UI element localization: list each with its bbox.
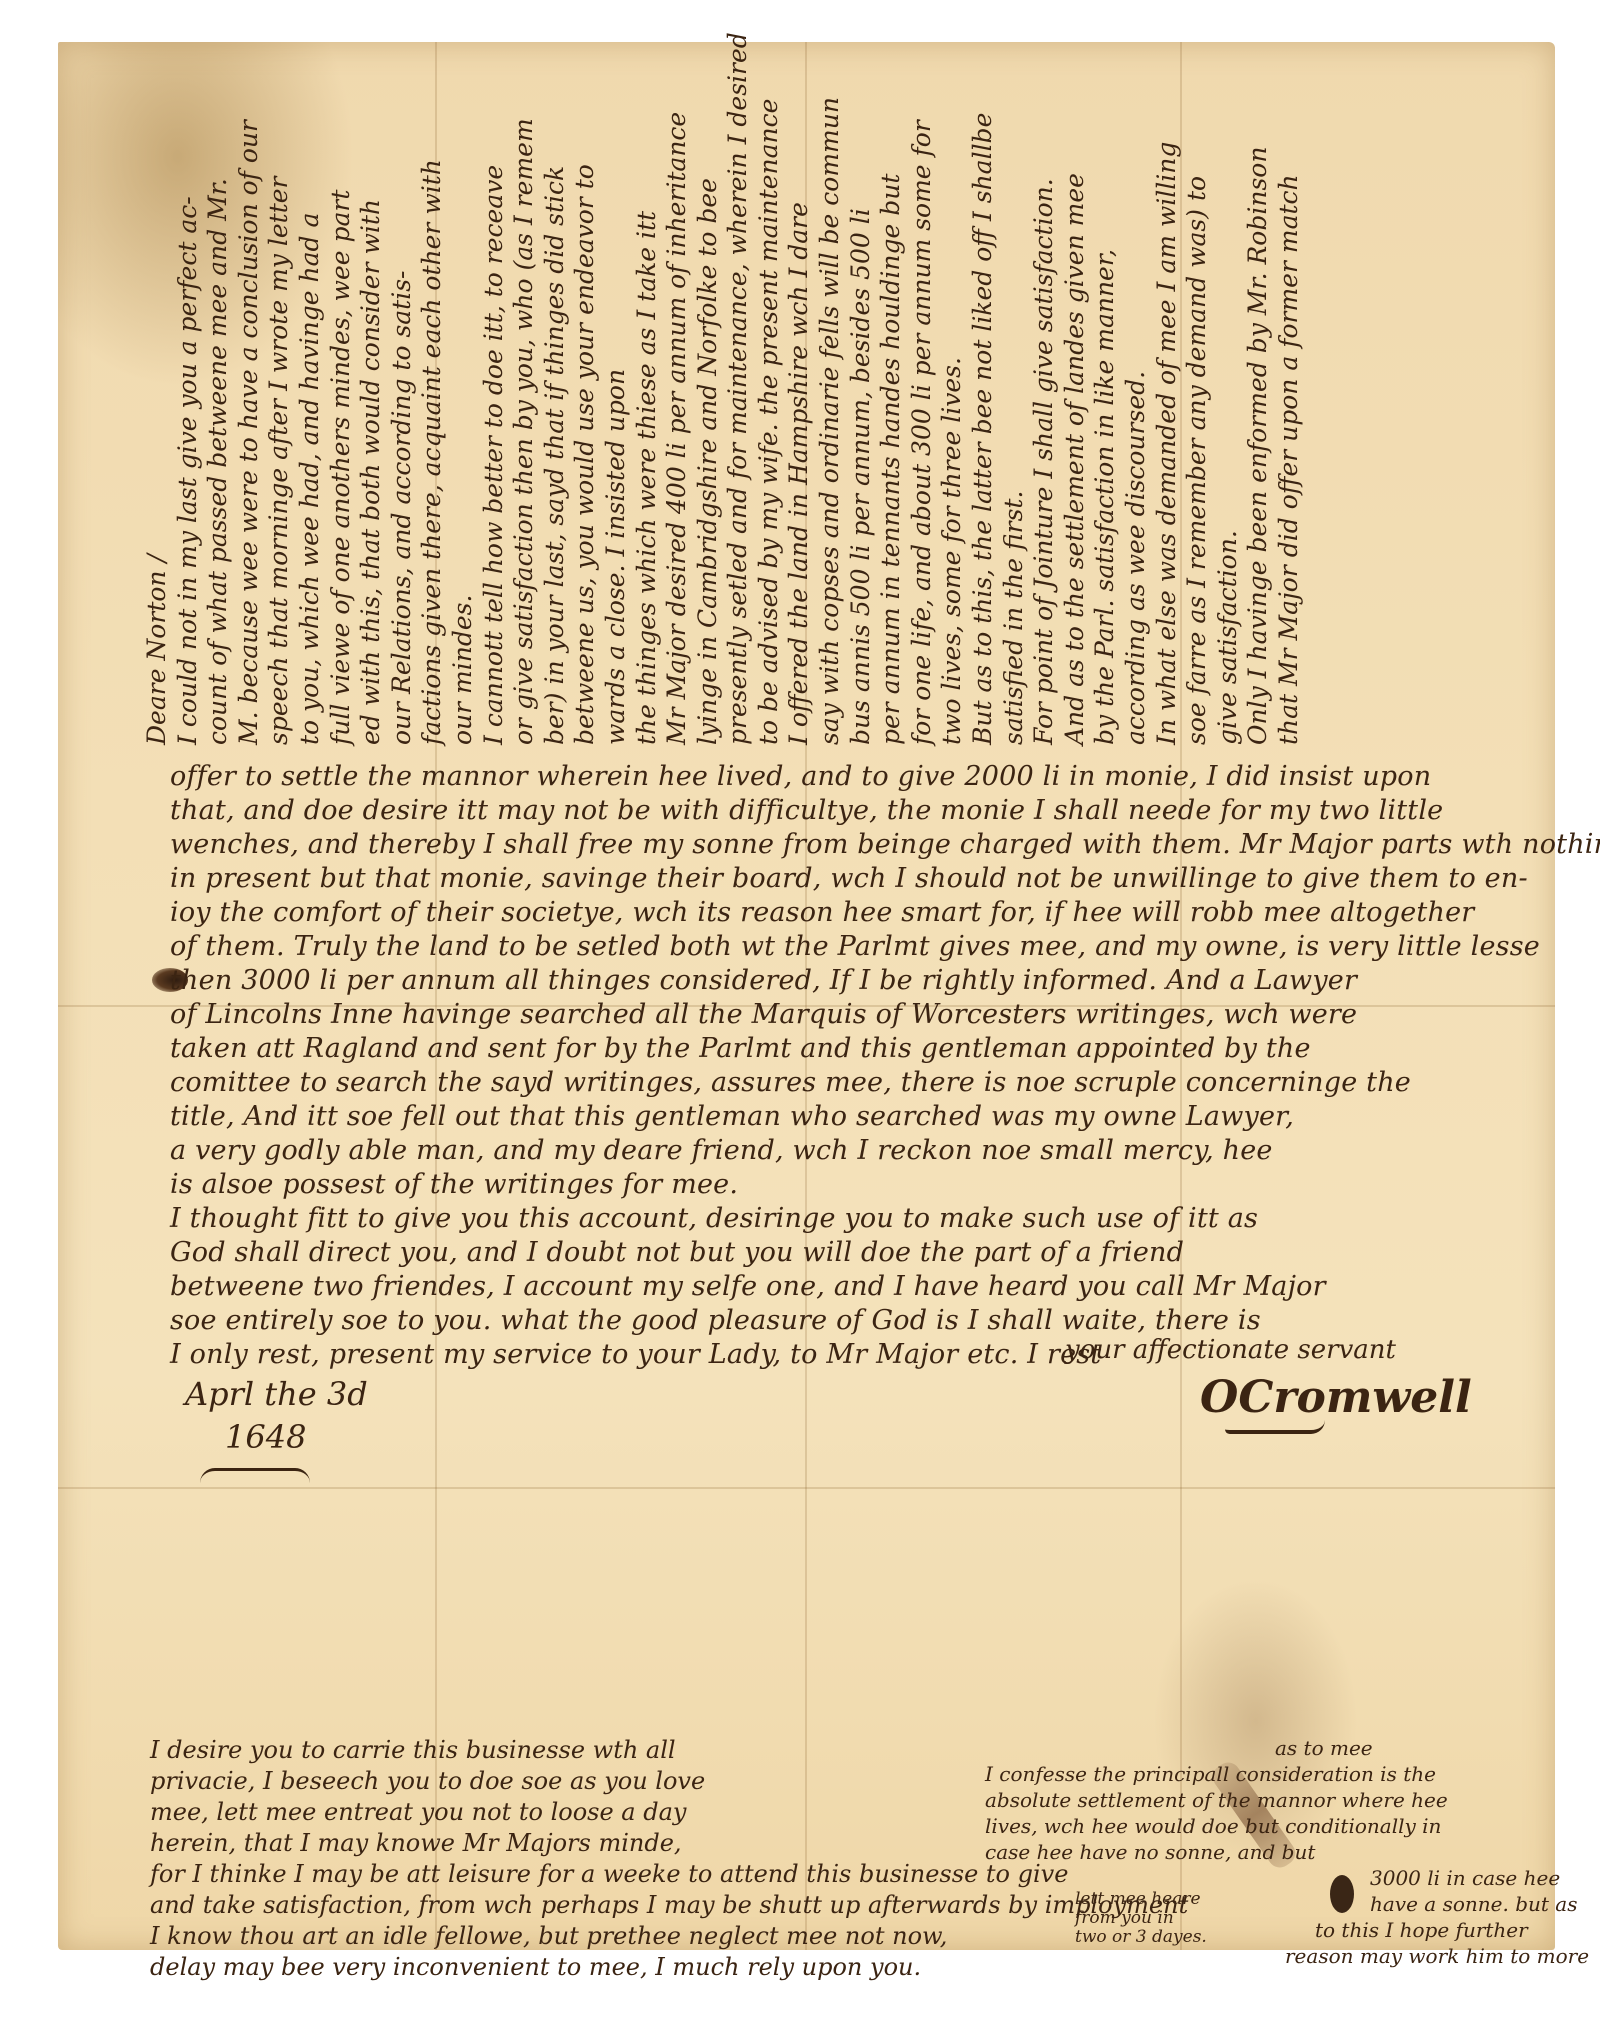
body-line: comittee to search the sayd writinges, a…	[170, 1066, 1540, 1100]
postscript-line: I know thou art an idle fellowe, but pre…	[150, 1921, 800, 1952]
rotated-line: bus annis 500 li per annum, besides 500 …	[846, 45, 877, 745]
postscript-line: 3000 li in case hee	[985, 1865, 1545, 1891]
letter-body-horizontal: offer to settle the mannor wherein hee l…	[170, 760, 1540, 1372]
body-line: taken att Ragland and sent for by the Pa…	[170, 1032, 1540, 1066]
rotated-line: betweene us, you would use your endeavor…	[570, 45, 601, 745]
rotated-line: count of what passed betweene mee and Mr…	[203, 45, 234, 745]
margin-note-line: lett mee heare	[1075, 1890, 1207, 1909]
rotated-line: soe farre as I remember any demand was) …	[1182, 45, 1213, 745]
rotated-line: per annum in tennants handes houldinge b…	[876, 45, 907, 745]
postscript-line: I confesse the principall consideration …	[985, 1761, 1545, 1787]
rotated-line: the thinges which were thiese as I take …	[632, 45, 663, 745]
signature-flourish	[1225, 1420, 1325, 1434]
rotated-line: presently setled and for maintenance, wh…	[723, 45, 754, 745]
rotated-line: speech that morninge after I wrote my le…	[264, 45, 295, 745]
body-line: ioy the comfort of their societye, wch i…	[170, 896, 1540, 930]
postscript-line: herein, that I may knowe Mr Majors minde…	[150, 1828, 800, 1859]
body-line: of them. Truly the land to be setled bot…	[170, 930, 1540, 964]
margin-note-line: two or 3 dayes.	[1075, 1928, 1207, 1947]
rotated-line: that Mr Major did offer upon a former ma…	[1274, 45, 1305, 745]
closing-phrase: your affectionate servant	[1065, 1335, 1396, 1365]
rotated-line: ber) in your last, sayd that if thinges …	[540, 45, 571, 745]
rotated-line: wards a close. I insisted upon	[601, 45, 632, 745]
rotated-line: for one life, and about 300 li per annum…	[907, 45, 938, 745]
body-line: I thought fitt to give you this account,…	[170, 1202, 1540, 1236]
rotated-line: factions given there, acquaint each othe…	[417, 45, 448, 745]
body-line: of Lincolns Inne havinge searched all th…	[170, 998, 1540, 1032]
rotated-line: give satisfaction.	[1213, 45, 1244, 745]
rotated-line: to be advised by my wife. the present ma…	[754, 45, 785, 745]
body-line: is alsoe possest of the writinges for me…	[170, 1168, 1540, 1202]
wax-seal-mark	[1330, 1875, 1354, 1913]
body-line: in present but that monie, savinge their…	[170, 862, 1540, 896]
body-line: betweene two friendes, I account my self…	[170, 1270, 1540, 1304]
postscript-line: case hee have no sonne, and but	[985, 1839, 1545, 1865]
rotated-line: I offered the land in Hampshire wch I da…	[784, 45, 815, 745]
postscript-line: mee, lett mee entreat you not to loose a…	[150, 1797, 800, 1828]
postscript-line: I desire you to carrie this businesse wt…	[150, 1735, 800, 1766]
rotated-line: two lives, some for three lives.	[937, 45, 968, 745]
body-line: wenches, and thereby I shall free my son…	[170, 828, 1540, 862]
postscript-line: lives, wch hee would doe but conditional…	[985, 1813, 1545, 1839]
margin-note: lett mee heare from you in two or 3 daye…	[1075, 1890, 1207, 1947]
body-line: soe entirely soe to you. what the good p…	[170, 1304, 1540, 1338]
postscript-right: as to mee I confesse the principall cons…	[985, 1735, 1545, 1969]
postscript-left: I desire you to carrie this businesse wt…	[150, 1735, 800, 1983]
rotated-line: I cannott tell how better to doe itt, to…	[479, 45, 510, 745]
body-line: then 3000 li per annum all thinges consi…	[170, 964, 1540, 998]
postscript-line: as to mee	[985, 1735, 1545, 1761]
rotated-line: satisfied in the first.	[999, 45, 1030, 745]
rotated-line: For point of Jointure I shall give satis…	[1029, 45, 1060, 745]
postscript-line: and take satisfaction, from wch perhaps …	[150, 1890, 800, 1921]
body-line: a very godly able man, and my deare frie…	[170, 1134, 1540, 1168]
postscript-line: delay may bee very inconvenient to mee, …	[150, 1952, 800, 1983]
postscript-line: have a sonne. but as	[985, 1891, 1545, 1917]
rotated-line: M. because wee were to have a conclusion…	[234, 45, 265, 745]
postscript-line: for I thinke I may be att leisure for a …	[150, 1859, 800, 1890]
rotated-line: by the Parl. satisfaction in like manner…	[1090, 45, 1121, 745]
rotated-line: But as to this, the latter bee not liked…	[968, 45, 999, 745]
signature: OCromwell	[1200, 1372, 1472, 1423]
date-flourish	[200, 1468, 310, 1483]
rotated-line: our Relations, and according to satis-	[387, 45, 418, 745]
date-day: Aprl the 3d	[185, 1375, 368, 1413]
rotated-line: say with copses and ordinarie fells will…	[815, 45, 846, 745]
postscript-line: to this I hope further	[985, 1917, 1545, 1943]
rotated-line: In what else was demanded of mee I am wi…	[1152, 45, 1183, 745]
postscript-line: reason may work him to more	[985, 1943, 1545, 1969]
rotated-line: Mr Major desired 400 li per annum of inh…	[662, 45, 693, 745]
body-line: that, and doe desire itt may not be with…	[170, 794, 1540, 828]
rotated-line: our mindes.	[448, 45, 479, 745]
postscript-line: absolute settlement of the mannor where …	[985, 1787, 1545, 1813]
body-line: title, And itt soe fell out that this ge…	[170, 1100, 1540, 1134]
rotated-line: And as to the settlement of landes given…	[1060, 45, 1091, 745]
rotated-letter-body: Deare Norton / I could not in my last gi…	[142, 45, 1305, 745]
body-line: God shall direct you, and I doubt not bu…	[170, 1236, 1540, 1270]
salutation: Deare Norton /	[142, 45, 173, 745]
rotated-line: Only I havinge been enformed by Mr. Robi…	[1243, 45, 1274, 745]
postscript-line: privacie, I beseech you to doe soe as yo…	[150, 1766, 800, 1797]
rotated-line: I could not in my last give you a perfec…	[173, 45, 204, 745]
rotated-line: to you, which wee had, and havinge had a	[295, 45, 326, 745]
fold-line-horizontal-2	[58, 1487, 1555, 1489]
body-line: offer to settle the mannor wherein hee l…	[170, 760, 1540, 794]
date-year: 1648	[225, 1418, 306, 1456]
rotated-line: ed with this, that both would consider w…	[356, 45, 387, 745]
rotated-line: lyinge in Cambridgshire and Norfolke to …	[693, 45, 724, 745]
rotated-line: or give satisfaction then by you, who (a…	[509, 45, 540, 745]
margin-note-line: from you in	[1075, 1909, 1207, 1928]
rotated-line: full viewe of one anothers mindes, wee p…	[326, 45, 357, 745]
rotated-line: according as wee discoursed.	[1121, 45, 1152, 745]
